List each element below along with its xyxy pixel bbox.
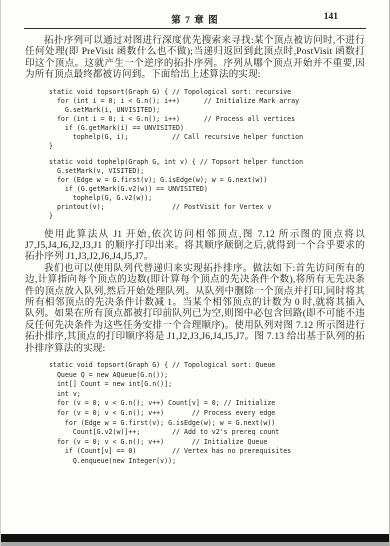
paragraph-print-order: 使用此算法从 J1 开始,依次访问相邻顶点,图 7.12 所示图的顶点将以 J7…: [25, 230, 365, 264]
chapter-title: 第 7 章 图: [24, 12, 366, 26]
code-block-topsort-recursive: static void topsort(Graph G) { // Topolo…: [49, 88, 365, 151]
paragraph-dfs-toposort-intro: 拓扑序列可以通过对图进行深度优先搜索来寻找:某个顶点被访问时,不进行任何处理(即…: [25, 36, 365, 82]
bottom-scan-bar: [1, 534, 389, 542]
paragraph-queue-method: 我们也可以使用队列代替递归来实现拓扑排序。做法如下:首先访问所有的边,计算指向每…: [25, 264, 365, 355]
page-number: 141: [324, 12, 338, 22]
page-header: 第 7 章 图 141: [24, 12, 366, 29]
scanned-book-page: 第 7 章 图 141 拓扑序列可以通过对图进行深度优先搜索来寻找:某个顶点被访…: [0, 0, 390, 546]
code-block-topsort-queue: static void topsort(Graph G) { // Topolo…: [49, 361, 365, 467]
page-content: 拓扑序列可以通过对图进行深度优先搜索来寻找:某个顶点被访问时,不进行任何处理(即…: [25, 36, 365, 474]
code-block-tophelp-helper: static void tophelp(Graph G, int v) { //…: [49, 158, 365, 221]
bottom-scan-strip: [1, 542, 389, 546]
